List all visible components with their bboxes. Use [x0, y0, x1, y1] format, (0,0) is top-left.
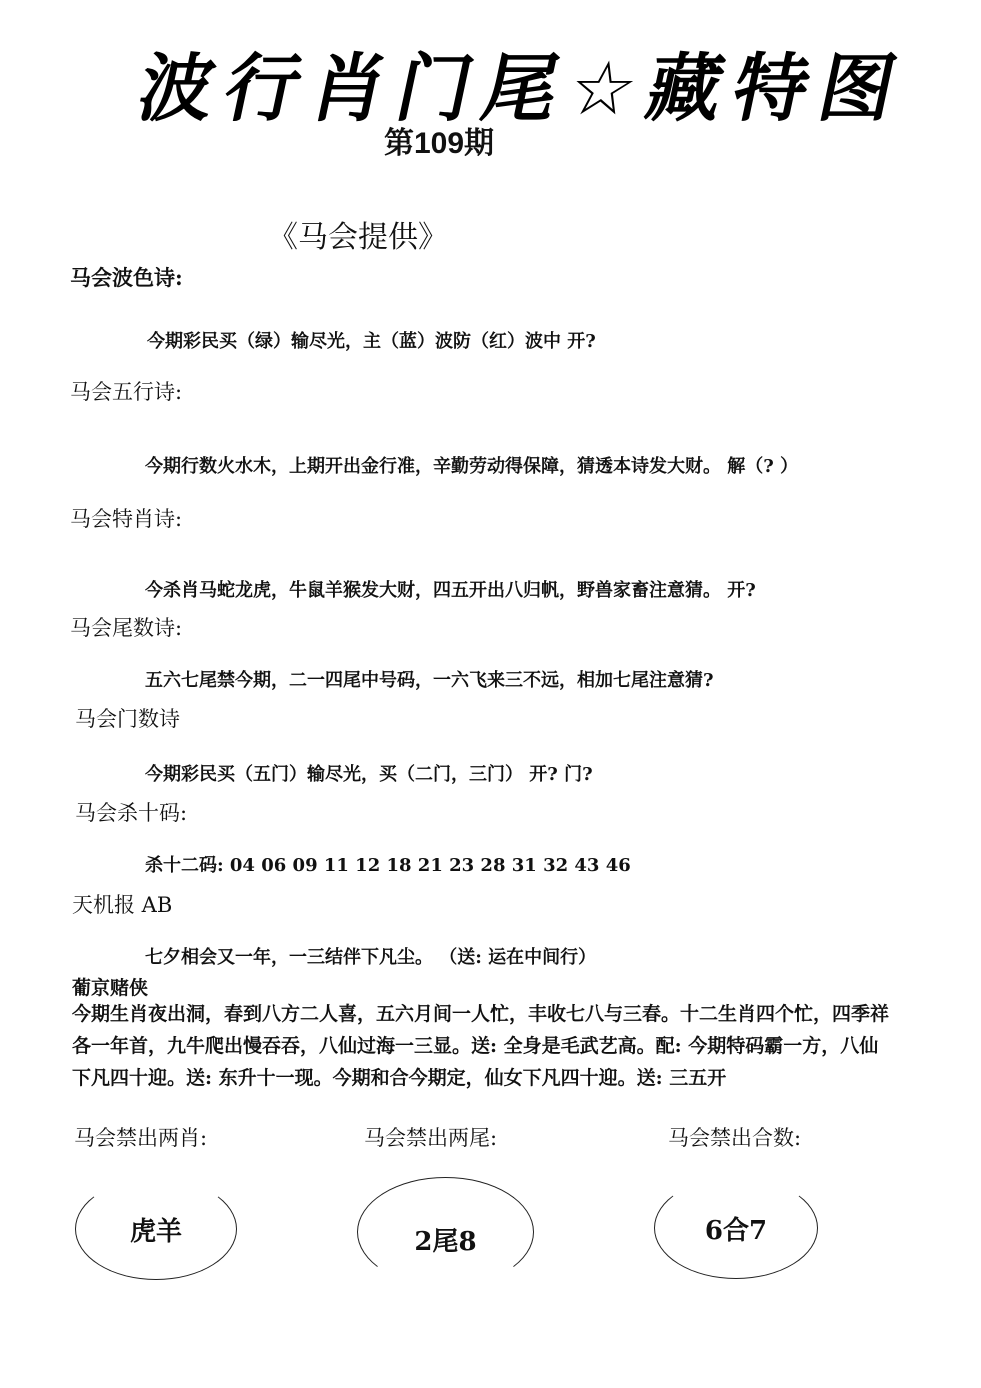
five-elements-poem-text: 今期行数火水木，上期开出金行准，辛勤劳动得保障，猜透本诗发大财。 解（? ） — [145, 452, 798, 478]
ban-sum-oval: 6合7 — [654, 1177, 818, 1279]
pujing-duxia-text: 今期生肖夜出洞，春到八方二人喜，五六月间一人忙，丰收七八与三春。十二生肖四个忙，… — [72, 998, 892, 1094]
tail-number-poem-text: 五六七尾禁今期，二一四尾中号码，一六飞来三不远，相加七尾注意猜? — [145, 666, 714, 692]
ban-zodiac-oval: 虎羊 — [75, 1178, 237, 1280]
heading-special-zodiac-poem: 马会特肖诗: — [70, 503, 182, 533]
issue-number: 第109期 — [384, 118, 494, 162]
ban-tail-value: 2尾8 — [414, 1207, 476, 1258]
kill-numbers-text: 杀十二码: 04 06 09 11 12 18 21 23 28 31 32 4… — [145, 851, 631, 877]
heading-door-number-poem: 马会门数诗 — [75, 703, 180, 733]
ban-sum-label: 马会禁出合数: — [668, 1122, 801, 1152]
heading-tail-number-poem: 马会尾数诗: — [70, 612, 182, 642]
wave-color-poem-text: 今期彩民买（绿）输尽光，主（蓝）波防（红）波中 开? — [147, 327, 596, 353]
page-title: 波行肖门尾☆藏特图 — [130, 30, 919, 136]
door-number-poem-text: 今期彩民买（五门）输尽光，买（二门，三门） 开? 门? — [145, 760, 593, 786]
heading-wave-color-poem: 马会波色诗: — [70, 262, 183, 292]
ban-zodiac-label: 马会禁出两肖: — [74, 1122, 207, 1152]
heading-pujing-duxia: 葡京赌侠 — [72, 973, 148, 1000]
ban-tail-oval: 2尾8 — [357, 1177, 534, 1287]
special-zodiac-poem-text: 今杀肖马蛇龙虎，牛鼠羊猴发大财，四五开出八归帆，野兽家畜注意猜。 开? — [145, 576, 756, 602]
ban-sum-value: 6合7 — [705, 1210, 767, 1247]
heading-kill-ten-numbers: 马会杀十码: — [75, 797, 187, 827]
ban-tail-label: 马会禁出两尾: — [364, 1122, 497, 1152]
provider-label: 《马会提供》 — [268, 212, 448, 256]
heading-tianji-ab: 天机报 AB — [72, 889, 172, 919]
tianji-ab-text: 七夕相会又一年，一三结伴下凡尘。 （送: 运在中间行） — [145, 943, 596, 969]
ban-zodiac-value: 虎羊 — [130, 1211, 182, 1248]
heading-five-elements-poem: 马会五行诗: — [70, 376, 182, 406]
